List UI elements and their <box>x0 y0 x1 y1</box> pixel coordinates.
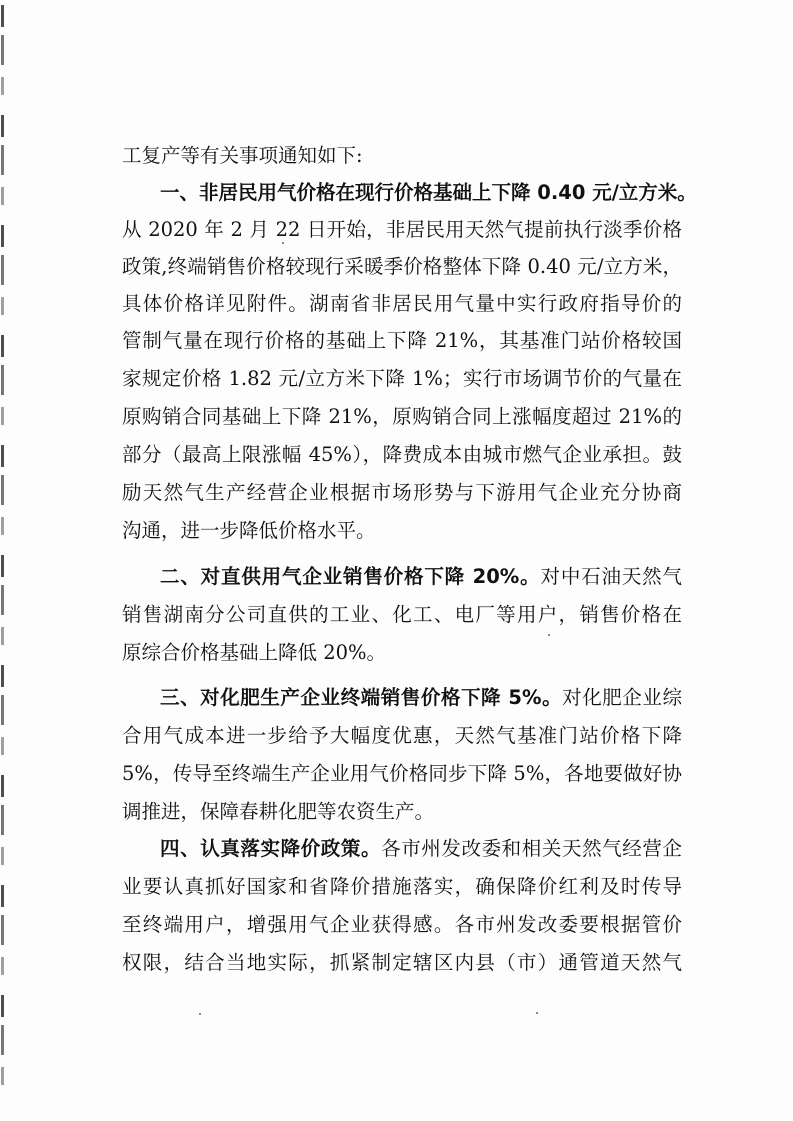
text-line: 至终端用户，增强用气企业获得感。各市州发改委要根据管价 <box>122 910 682 940</box>
section-heading: 一、非居民用气价格在现行价格基础上下降 0.40 元/立方米。 <box>160 178 682 208</box>
scan-speck <box>199 1013 201 1015</box>
text-line: 原购销合同基础上下降 21%，原购销合同上涨幅度超过 21%的 <box>122 402 682 432</box>
scan-speck <box>536 1012 538 1014</box>
text-line: 合用气成本进一步给予大幅度优惠，天然气基准门站价格下降 <box>122 721 682 751</box>
text-line: 工复产等有关事项通知如下: <box>122 141 682 171</box>
text-line: 从 2020 年 2 月 22 日开始，非居民用天然气提前执行淡季价格 <box>122 215 682 245</box>
text-line: 销售湖南分公司直供的工业、化工、电厂等用户，销售价格在 <box>122 600 682 630</box>
text-line: 业要认真抓好国家和省降价措施落实，确保降价红利及时传导 <box>122 872 682 902</box>
text-line: 管制气量在现行价格的基础上下降 21%，其基准门站价格较国 <box>122 326 682 356</box>
section-heading: 四、认真落实降价政策。各市州发改委和相关天然气经营企 <box>160 834 682 864</box>
scan-speck <box>282 242 284 244</box>
scan-speck <box>548 634 550 636</box>
section-heading: 二、对直供用气企业销售价格下降 20%。对中石油天然气 <box>160 562 682 592</box>
document-page: 工复产等有关事项通知如下: 一、非居民用气价格在现行价格基础上下降 0.40 元… <box>0 0 793 1121</box>
section-heading: 三、对化肥生产企业终端销售价格下降 5%。对化肥企业综 <box>160 683 682 713</box>
text-line: 具体价格详见附件。湖南省非居民用气量中实行政府指导价的 <box>122 289 682 319</box>
text-line: 部分（最高上限涨幅 45%），降费成本由城市燃气企业承担。鼓 <box>122 440 682 470</box>
scan-edge-artifact <box>1 5 4 1105</box>
text-line: 5%，传导至终端生产企业用气价格同步下降 5%，各地要做好协 <box>122 759 682 789</box>
text-line: 励天然气生产经营企业根据市场形势与下游用气企业充分协商 <box>122 478 682 508</box>
text-line: 政策,终端销售价格较现行采暖季价格整体下降 0.40 元/立方米， <box>122 252 682 282</box>
text-line: 家规定价格 1.82 元/立方米下降 1%；实行市场调节价的气量在 <box>122 364 682 394</box>
text-line: 原综合价格基础上降低 20%。 <box>122 638 682 668</box>
text-line: 调推进，保障春耕化肥等农资生产。 <box>122 797 682 827</box>
text-line: 沟通，进一步降低价格水平。 <box>122 516 682 546</box>
text-line: 权限，结合当地实际，抓紧制定辖区内县（市）通管道天然气 <box>122 948 682 978</box>
